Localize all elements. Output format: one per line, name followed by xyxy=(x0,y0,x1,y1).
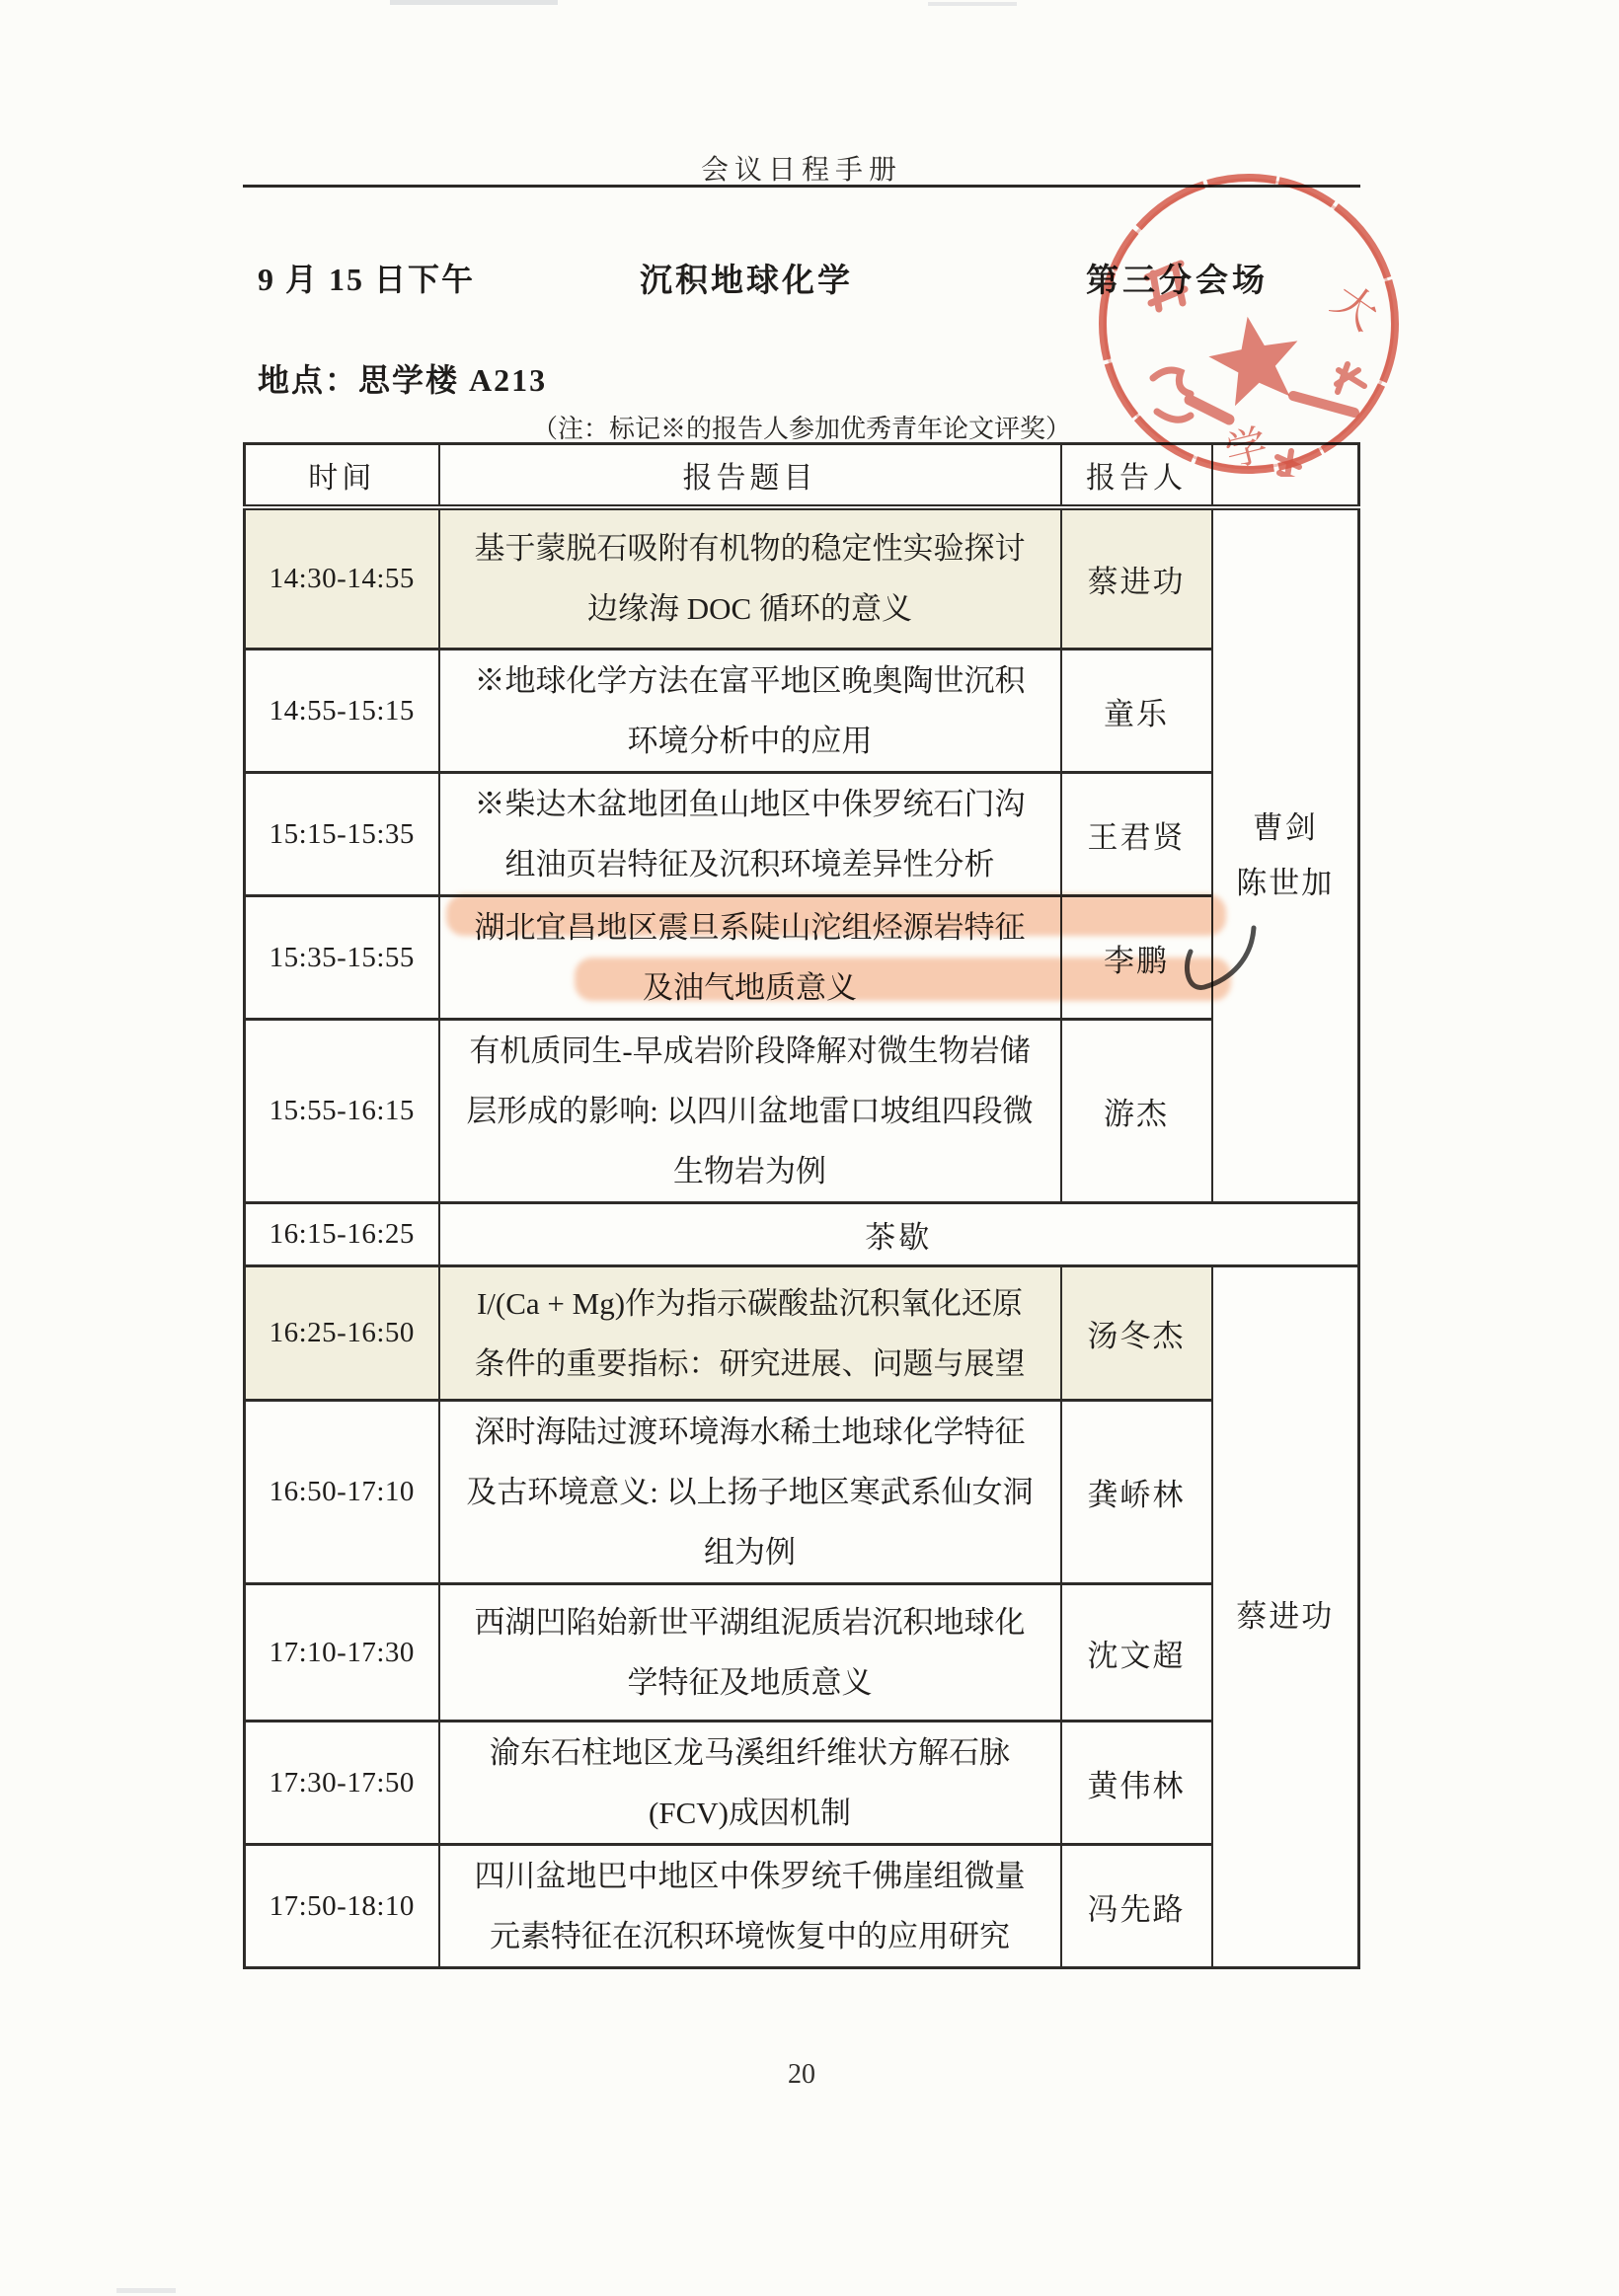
title-cell: ※柴达木盆地团鱼山地区中侏罗统石门沟 组油页岩特征及沉积环境差异性分析 xyxy=(439,773,1061,896)
time-cell: 17:10-17:30 xyxy=(245,1584,439,1722)
table-row: 17:10-17:30 西湖凹陷始新世平湖组泥质岩沉积地球化 学特征及地质意义 … xyxy=(245,1584,1359,1722)
title-cell: 四川盆地巴中地区中侏罗统千佛崖组微量 元素特征在沉积环境恢复中的应用研究 xyxy=(439,1845,1061,1968)
title-cell: I/(Ca + Mg)作为指示碳酸盐沉积氧化还原 条件的重要指标：研究进展、问题… xyxy=(439,1266,1061,1401)
col-header-host xyxy=(1212,444,1359,507)
title-cell: 有机质同生-早成岩阶段降解对微生物岩储 层形成的影响: 以四川盆地雷口坡组四段微… xyxy=(439,1020,1061,1203)
time-cell: 14:30-14:55 xyxy=(245,507,439,650)
table-row: 17:30-17:50 渝东石柱地区龙马溪组纤维状方解石脉 (FCV)成因机制 … xyxy=(245,1722,1359,1845)
presenter-cell: 王君贤 xyxy=(1061,773,1212,896)
session-topic: 沉积地球化学 xyxy=(640,255,853,301)
scanned-schedule-page: 会议日程手册 9 月 15 日下午 沉积地球化学 第三分会场 地点：思学楼 A2… xyxy=(0,0,1619,2296)
award-note: （注：标记※的报告人参加优秀青年论文评奖） xyxy=(243,409,1360,445)
time-cell: 15:55-16:15 xyxy=(245,1020,439,1203)
session-venue: 第三分会场 xyxy=(1086,255,1269,301)
presenter-cell: 童乐 xyxy=(1061,650,1212,773)
presenter-cell: 游杰 xyxy=(1061,1020,1212,1203)
time-cell: 14:55-15:15 xyxy=(245,650,439,773)
header-rule xyxy=(243,185,1360,188)
presenter-cell: 冯先路 xyxy=(1061,1845,1212,1968)
star-icon xyxy=(1203,309,1307,409)
title-cell: 西湖凹陷始新世平湖组泥质岩沉积地球化 学特征及地质意义 xyxy=(439,1584,1061,1722)
table-header-row: 时间 报告题目 报告人 xyxy=(245,444,1359,507)
session-datetime: 9 月 15 日下午 xyxy=(258,255,475,300)
time-cell: 15:15-15:35 xyxy=(245,773,439,896)
presenter-cell: 蔡进功 xyxy=(1061,507,1212,650)
tea-break-row: 16:15-16:25 茶歇 xyxy=(245,1203,1359,1266)
table-row: 17:50-18:10 四川盆地巴中地区中侏罗统千佛崖组微量 元素特征在沉积环境… xyxy=(245,1845,1359,1968)
host-cell: 蔡进功 xyxy=(1212,1266,1359,1968)
table-row-highlighted: 15:35-15:55 湖北宜昌地区震旦系陡山沱组烃源岩特征 及油气地质意义 李… xyxy=(245,896,1359,1020)
table-row: 16:50-17:10 深时海陆过渡环境海水稀土地球化学特征 及古环境意义: 以… xyxy=(245,1401,1359,1584)
presenter-cell: 黄伟林 xyxy=(1061,1722,1212,1845)
table-row: 15:55-16:15 有机质同生-早成岩阶段降解对微生物岩储 层形成的影响: … xyxy=(245,1020,1359,1203)
table-row: 14:30-14:55 基于蒙脱石吸附有机物的稳定性实验探讨 边缘海 DOC 循… xyxy=(245,507,1359,650)
col-header-time: 时间 xyxy=(245,444,439,507)
document-header-title: 会议日程手册 xyxy=(243,148,1360,188)
time-cell: 16:15-16:25 xyxy=(245,1203,439,1266)
time-cell: 15:35-15:55 xyxy=(245,896,439,1020)
title-cell: 深时海陆过渡环境海水稀土地球化学特征 及古环境意义: 以上扬子地区寒武系仙女洞 … xyxy=(439,1401,1061,1584)
title-cell: 基于蒙脱石吸附有机物的稳定性实验探讨 边缘海 DOC 循环的意义 xyxy=(439,507,1061,650)
time-cell: 16:25-16:50 xyxy=(245,1266,439,1401)
title-cell: 渝东石柱地区龙马溪组纤维状方解石脉 (FCV)成因机制 xyxy=(439,1722,1061,1845)
table-row: 16:25-16:50 I/(Ca + Mg)作为指示碳酸盐沉积氧化还原 条件的… xyxy=(245,1266,1359,1401)
presenter-cell: 李鹏 xyxy=(1061,896,1212,1020)
schedule-table: 时间 报告题目 报告人 14:30-14:55 基于蒙脱石吸附有机物的稳定性实验… xyxy=(243,442,1360,1969)
tea-break-cell: 茶歇 xyxy=(439,1203,1359,1266)
time-cell: 17:30-17:50 xyxy=(245,1722,439,1845)
page-number: 20 xyxy=(243,2059,1360,2091)
title-cell: 湖北宜昌地区震旦系陡山沱组烃源岩特征 及油气地质意义 xyxy=(439,896,1061,1020)
table-row: 15:15-15:35 ※柴达木盆地团鱼山地区中侏罗统石门沟 组油页岩特征及沉积… xyxy=(245,773,1359,896)
presenter-cell: 龚峤林 xyxy=(1061,1401,1212,1584)
table-row: 14:55-15:15 ※地球化学方法在富平地区晚奥陶世沉积 环境分析中的应用 … xyxy=(245,650,1359,773)
time-cell: 17:50-18:10 xyxy=(245,1845,439,1968)
presenter-cell: 沈文超 xyxy=(1061,1584,1212,1722)
time-cell: 16:50-17:10 xyxy=(245,1401,439,1584)
session-location: 地点：思学楼 A213 xyxy=(258,355,547,401)
col-header-title: 报告题目 xyxy=(439,444,1061,507)
title-cell: ※地球化学方法在富平地区晚奥陶世沉积 环境分析中的应用 xyxy=(439,650,1061,773)
host-cell: 曹剑 陈世加 xyxy=(1212,507,1359,1203)
scan-artifact xyxy=(928,2,1017,6)
presenter-cell: 汤冬杰 xyxy=(1061,1266,1212,1401)
scan-artifact xyxy=(116,2288,176,2293)
session-header-row: 9 月 15 日下午 沉积地球化学 第三分会场 xyxy=(0,255,1619,300)
scan-artifact xyxy=(390,0,558,5)
col-header-presenter: 报告人 xyxy=(1061,444,1212,507)
